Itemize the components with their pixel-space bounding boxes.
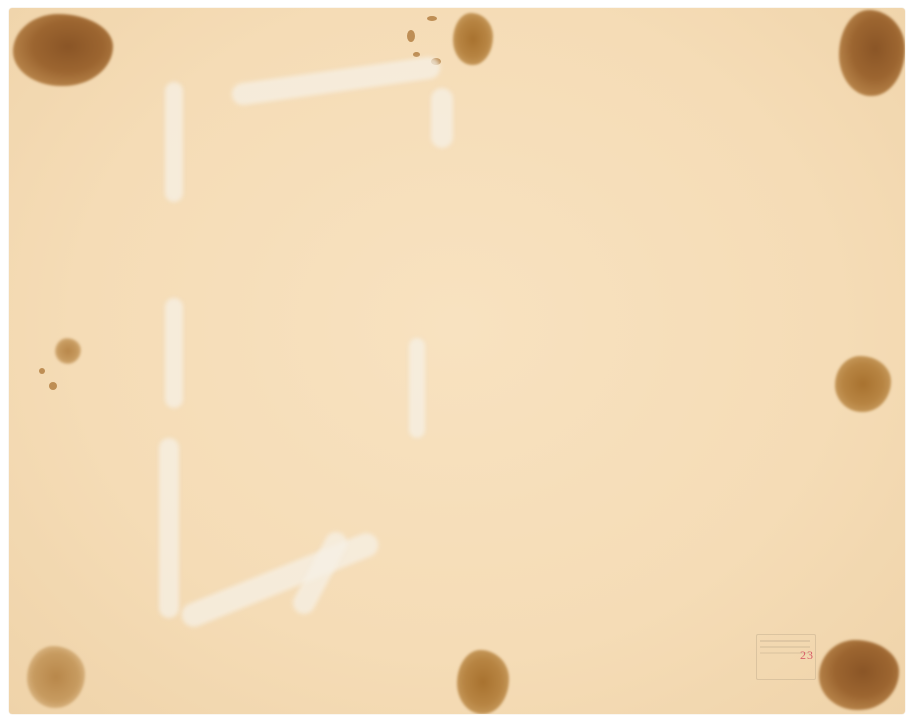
- paper-sheet: [9, 8, 905, 714]
- stain-bottom-right: [819, 640, 899, 710]
- stain-top-right: [839, 10, 905, 96]
- residue-center-vertical: [409, 338, 425, 438]
- speck: [407, 30, 415, 42]
- residue-bottom-curve: [178, 530, 382, 631]
- speck: [49, 382, 57, 390]
- speck: [427, 16, 437, 21]
- residue-top-drip: [431, 88, 453, 148]
- residue-left-bottom-vertical: [159, 438, 179, 618]
- stain-top-left: [13, 14, 113, 86]
- stain-bottom-left: [27, 646, 85, 708]
- stamp-number: 23: [800, 648, 814, 663]
- stamp-text-faint: [760, 640, 810, 642]
- residue-left-top-vertical: [165, 82, 183, 202]
- stain-right-middle: [835, 356, 891, 412]
- stain-top-center: [453, 13, 493, 65]
- speck: [39, 368, 45, 374]
- residue-top-horizontal: [230, 55, 441, 106]
- stain-left-middle: [55, 338, 81, 364]
- speck: [413, 52, 420, 57]
- residue-left-middle-vertical: [165, 298, 183, 408]
- stain-bottom-center: [457, 650, 509, 714]
